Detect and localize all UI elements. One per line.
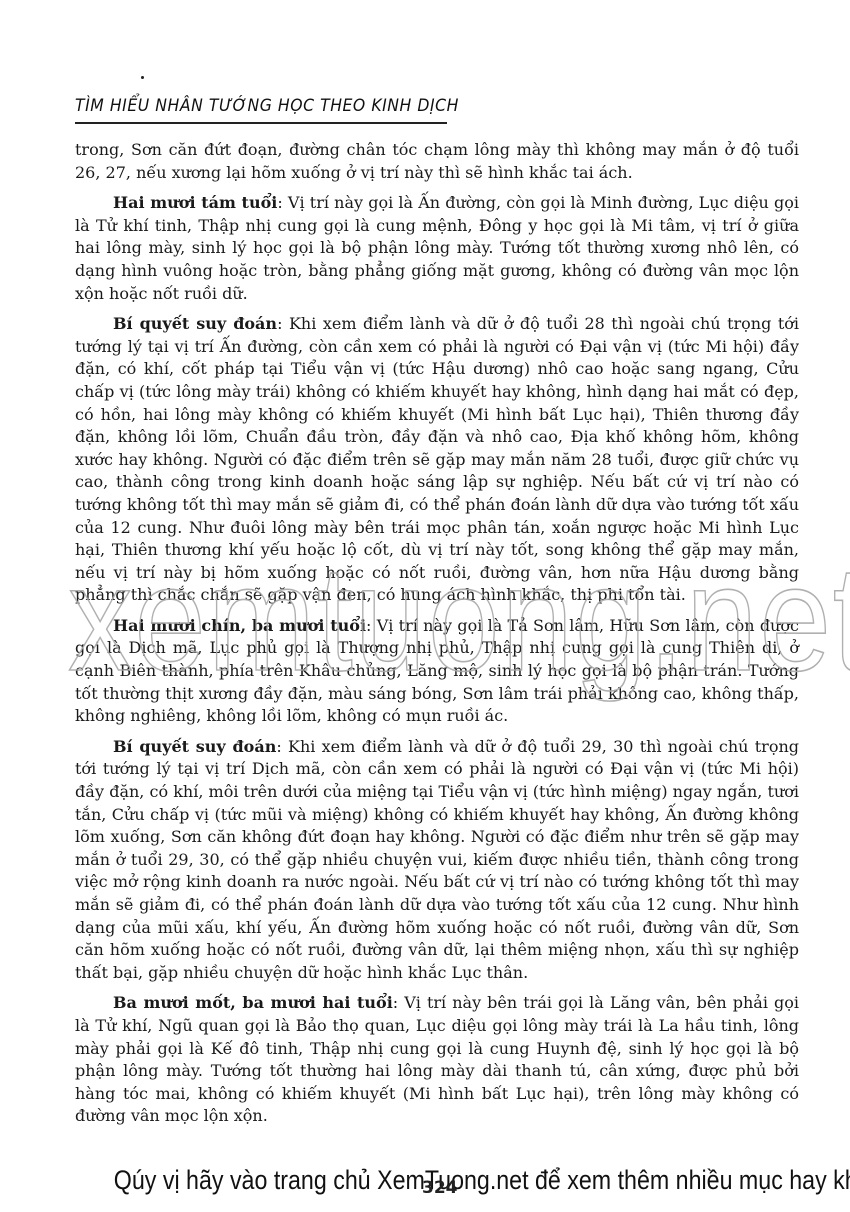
paragraph-text: : Vị trí này bên trái gọi là Lăng vân, b… [75,993,799,1125]
paragraph-secret-29-30: Bí quyết suy đoán: Khi xem điểm lành và … [75,736,799,985]
book-page: TÌM HIỂU NHÂN TƯỚNG HỌC THEO KINH DỊCH t… [0,0,850,1212]
paragraph-lead: Bí quyết suy đoán [113,314,277,333]
paragraph-lead: Bí quyết suy đoán [113,737,276,756]
paragraph-lead: Hai mươi chín, ba mươi tuổi [113,616,366,635]
paragraph-age-29-30: Hai mươi chín, ba mươi tuổi: Vị trí này … [75,615,799,728]
running-title: TÌM HIỂU NHÂN TƯỚNG HỌC THEO KINH DỊCH [75,96,429,116]
paragraph-text: : Khi xem điểm lành và dữ ở độ tuổi 28 t… [75,314,799,604]
speck-mark [141,76,144,79]
paragraph-lead: Ba mươi mốt, ba mươi hai tuổi [113,993,393,1012]
paragraph-age-28: Hai mươi tám tuổi: Vị trí này gọi là Ấn … [75,192,799,305]
paragraph-text: : Khi xem điểm lành và dữ ở độ tuổi 29, … [75,737,799,982]
body-text: trong, Sơn căn đứt đoạn, đường chân tóc … [75,139,799,1136]
paragraph-continuation: trong, Sơn căn đứt đoạn, đường chân tóc … [75,139,799,184]
paragraph-lead: Hai mươi tám tuổi [113,193,277,212]
header-underline [75,122,447,124]
paragraph-text: trong, Sơn căn đứt đoạn, đường chân tóc … [75,140,799,182]
paragraph-age-31-32: Ba mươi mốt, ba mươi hai tuổi: Vị trí nà… [75,992,799,1128]
page-number: 324 [422,1178,458,1198]
paragraph-secret-28: Bí quyết suy đoán: Khi xem điểm lành và … [75,313,799,607]
